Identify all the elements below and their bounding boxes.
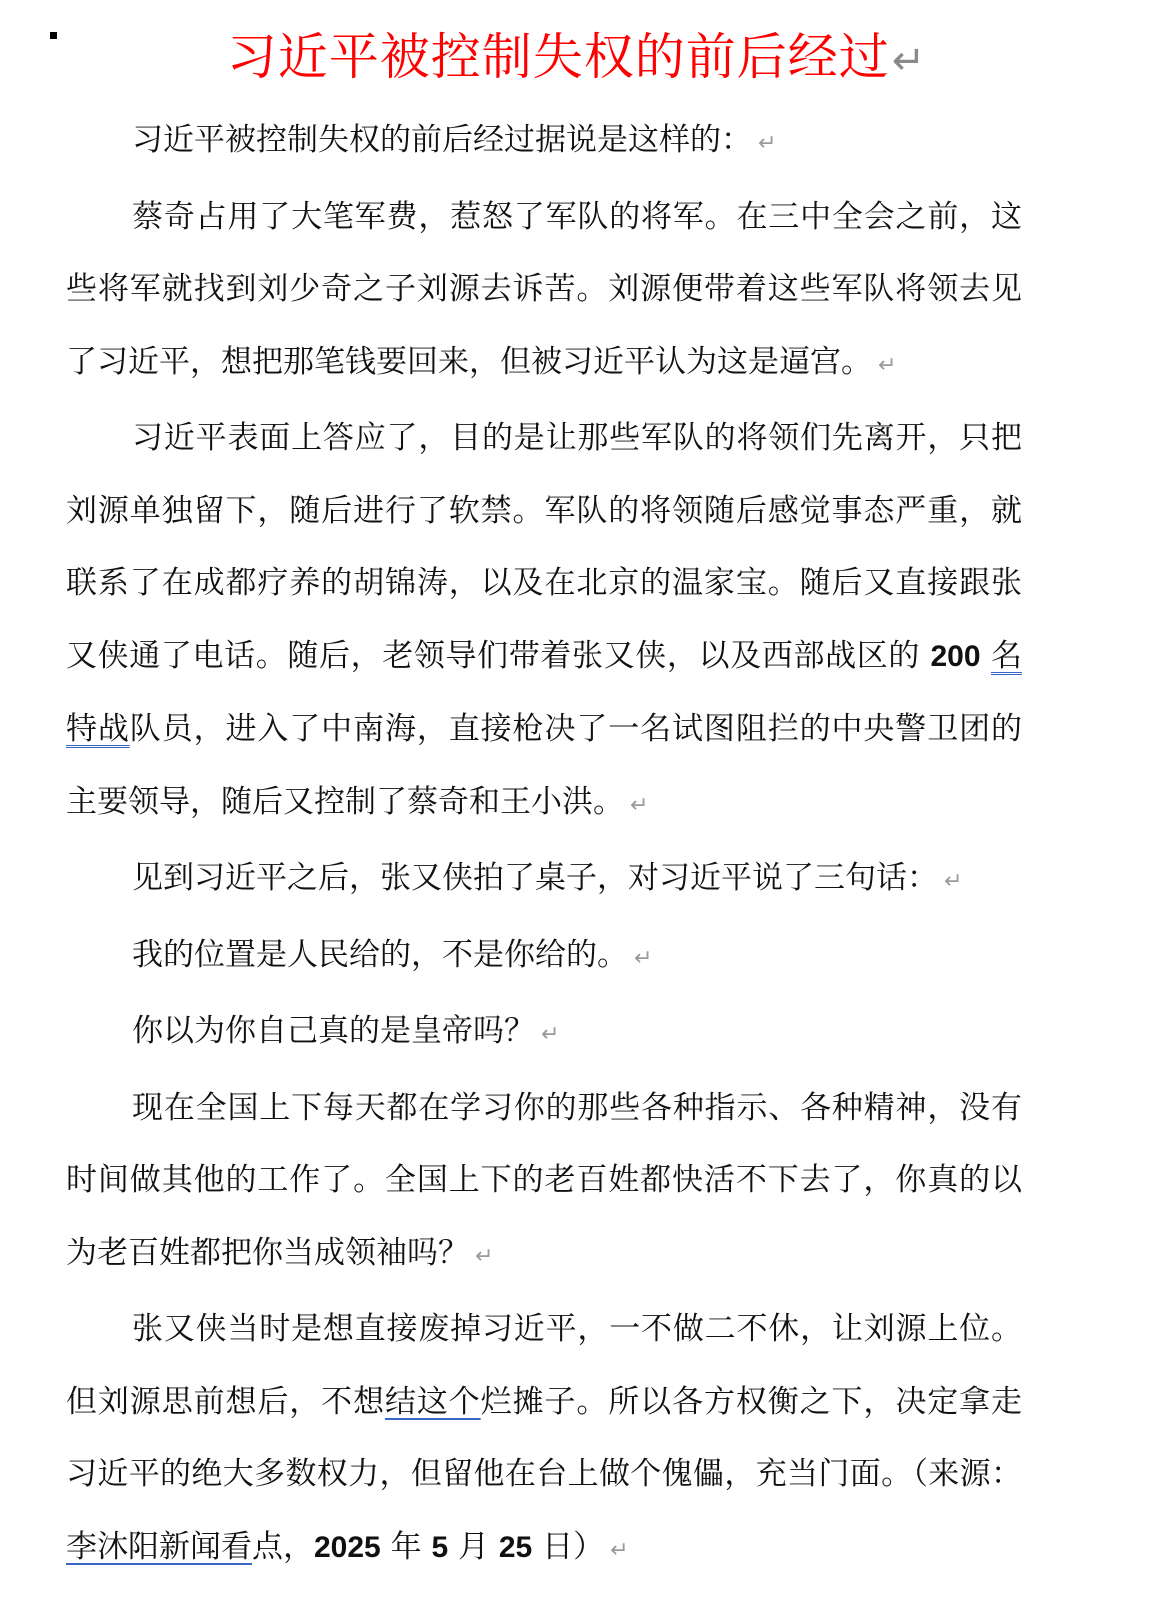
return-mark-icon: ↵ xyxy=(944,869,962,894)
document-title: 习近平被控制失权的前后经过↵ xyxy=(0,22,1153,96)
paragraph-text: 队员，进入了中南海，直接枪决了一名试图阻拦的中央警卫团的主要领导，随后又控制了蔡… xyxy=(66,711,1022,820)
paragraph-three-sentences: 见到习近平之后，张又侠拍了桌子，对习近平说了三句话：↵ xyxy=(66,842,1022,919)
return-mark-icon: ↵ xyxy=(475,1244,493,1269)
return-mark-icon: ↵ xyxy=(758,131,776,156)
return-mark-icon: ↵ xyxy=(634,946,652,971)
paragraph-text: 见到习近平之后，张又侠拍了桌子，对习近平说了三句话： xyxy=(132,860,938,896)
paragraph-military-funds: 蔡奇占用了大笔军费，惹怒了军队的将军。在三中全会之前，这些将军就找到刘少奇之子刘… xyxy=(66,181,1022,403)
paragraph-text: 习近平被控制失权的前后经过据说是这样的： xyxy=(132,122,752,158)
paragraph-conclusion: 张又侠当时是想直接废掉习近平，一不做二不休，让刘源上位。但刘源思前想后，不想结这… xyxy=(66,1293,1022,1587)
document-body[interactable]: 习近平被控制失权的前后经过据说是这样的：↵ 蔡奇占用了大笔军费，惹怒了军队的将军… xyxy=(66,104,1022,1587)
paragraph-quote-1: 我的位置是人民给的，不是你给的。↵ xyxy=(66,919,1022,996)
title-text: 习近平被控制失权的前后经过 xyxy=(227,28,890,86)
return-mark-icon: ↵ xyxy=(541,1022,559,1047)
number-text: 200 xyxy=(930,640,980,673)
paragraph-text: 现在全国上下每天都在学习你的那些各种指示、各种精神，没有时间做其他的工作了。全国… xyxy=(66,1090,1022,1271)
year-number: 2025 xyxy=(314,1531,381,1564)
month-number: 5 xyxy=(431,1531,448,1564)
paragraph-intro: 习近平被控制失权的前后经过据说是这样的：↵ xyxy=(66,104,1022,181)
document-page: 习近平被控制失权的前后经过↵ 习近平被控制失权的前后经过据说是这样的：↵ 蔡奇占… xyxy=(0,0,1153,1621)
return-mark-icon: ↵ xyxy=(878,353,896,378)
return-mark-icon: ↵ xyxy=(610,1538,628,1563)
return-mark-icon: ↵ xyxy=(892,38,927,84)
day-unit: 日） xyxy=(532,1529,604,1565)
day-number: 25 xyxy=(499,1531,532,1564)
paragraph-house-arrest: 习近平表面上答应了，目的是让那些军队的将领们先离开，只把刘源单独留下，随后进行了… xyxy=(66,402,1022,842)
month-unit: 月 xyxy=(448,1529,499,1565)
paragraph-text: 我的位置是人民给的，不是你给的。 xyxy=(132,937,628,973)
year-unit: 年 xyxy=(381,1529,432,1565)
paragraph-text: 你以为你自己真的是皇帝吗？ xyxy=(132,1013,535,1049)
paragraph-quote-2: 你以为你自己真的是皇帝吗？↵ xyxy=(66,995,1022,1072)
return-mark-icon: ↵ xyxy=(630,793,648,818)
proofing-marked-text[interactable]: 李沐阳新闻看 xyxy=(66,1529,252,1565)
proofing-marked-text[interactable]: 结这个 xyxy=(385,1384,481,1420)
paragraph-text: 点， xyxy=(252,1529,314,1565)
paragraph-text: 习近平表面上答应了，目的是让那些军队的将领们先离开，只把刘源单独留下，随后进行了… xyxy=(66,420,1022,674)
paragraph-quote-3: 现在全国上下每天都在学习你的那些各种指示、各种精神，没有时间做其他的工作了。全国… xyxy=(66,1072,1022,1294)
